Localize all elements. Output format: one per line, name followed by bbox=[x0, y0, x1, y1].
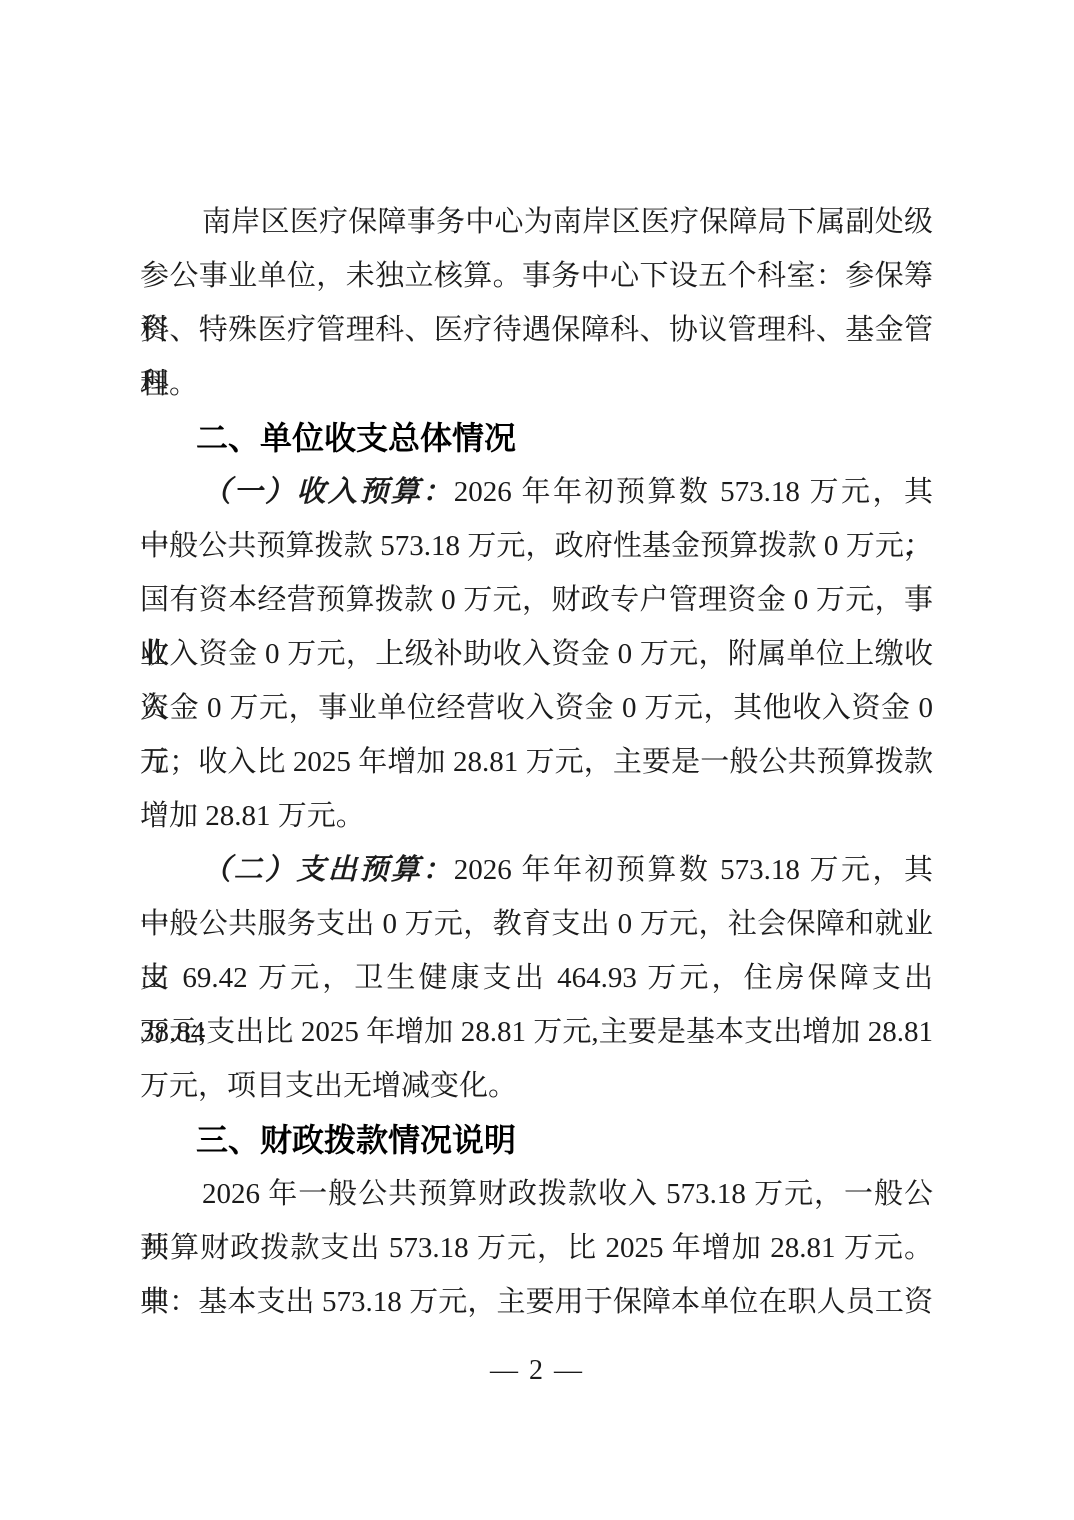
expense-lead-label: （二）支出预算： bbox=[202, 854, 454, 886]
expense-paragraph-line: 一般公共服务支出 0 万元，教育支出 0 万元，社会保障和就业支 bbox=[140, 897, 933, 951]
expense-paragraph-line: 出 69.42 万元，卫生健康支出 464.93 万元，住房保障支出 38.84 bbox=[140, 951, 933, 1005]
income-paragraph-line: 国有资本经营预算拨款 0 万元，财政专户管理资金 0 万元，事业 bbox=[140, 573, 933, 627]
income-paragraph-line: 收入资金 0 万元，上级补助收入资金 0 万元，附属单位上缴收入 bbox=[140, 627, 933, 681]
expense-paragraph-line: （二）支出预算：2026 年年初预算数 573.18 万元，其中： bbox=[140, 843, 933, 897]
intro-paragraph-line: 南岸区医疗保障事务中心为南岸区医疗保障局下属副处级 bbox=[140, 195, 933, 249]
intro-paragraph-line: 参公事业单位，未独立核算。事务中心下设五个科室：参保筹资 bbox=[140, 249, 933, 303]
income-paragraph-line: 资金 0 万元，事业单位经营收入资金 0 万元，其他收入资金 0 万 bbox=[140, 681, 933, 735]
intro-paragraph-line: 科、特殊医疗管理科、医疗待遇保障科、协议管理科、基金管理 bbox=[140, 303, 933, 357]
fiscal-paragraph-line: 中：基本支出 573.18 万元，主要用于保障本单位在职人员工资 bbox=[140, 1275, 933, 1329]
page-number: — 2 — bbox=[0, 1344, 1074, 1398]
income-paragraph-line: 增加 28.81 万元。 bbox=[140, 789, 933, 843]
income-lead-label: （一）收入预算： bbox=[202, 476, 454, 508]
income-paragraph-line: 一般公共预算拨款 573.18 万元，政府性基金预算拨款 0 万元， bbox=[140, 519, 933, 573]
fiscal-paragraph-line: 预算财政拨款支出 573.18 万元，比 2025 年增加 28.81 万元。其 bbox=[140, 1221, 933, 1275]
document-page: 南岸区医疗保障事务中心为南岸区医疗保障局下属副处级 参公事业单位，未独立核算。事… bbox=[0, 0, 1074, 1520]
income-paragraph-line: （一）收入预算：2026 年年初预算数 573.18 万元，其中： bbox=[140, 465, 933, 519]
intro-paragraph-line: 科。 bbox=[140, 357, 933, 411]
income-paragraph-line: 元；收入比 2025 年增加 28.81 万元，主要是一般公共预算拨款 bbox=[140, 735, 933, 789]
section-heading-budget-overview: 二、单位收支总体情况 bbox=[140, 411, 933, 465]
document-body: 南岸区医疗保障事务中心为南岸区医疗保障局下属副处级 参公事业单位，未独立核算。事… bbox=[140, 195, 933, 1329]
expense-paragraph-line: 万元，项目支出无增减变化。 bbox=[140, 1059, 933, 1113]
section-heading-fiscal-appropriation: 三、财政拨款情况说明 bbox=[140, 1113, 933, 1167]
fiscal-paragraph-line: 2026 年一般公共预算财政拨款收入 573.18 万元，一般公共 bbox=[140, 1167, 933, 1221]
expense-paragraph-line: 万元;支出比 2025 年增加 28.81 万元,主要是基本支出增加 28.81 bbox=[140, 1005, 933, 1059]
